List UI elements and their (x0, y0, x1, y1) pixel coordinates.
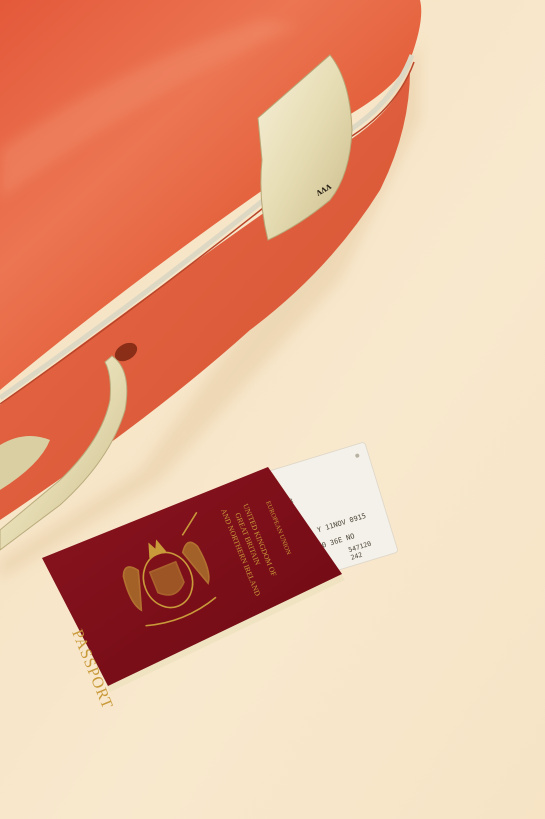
photo-scene: ᴧᴧᴧ MR Y 11NOV 0915 0 36E NO 547120 242 … (0, 0, 545, 819)
